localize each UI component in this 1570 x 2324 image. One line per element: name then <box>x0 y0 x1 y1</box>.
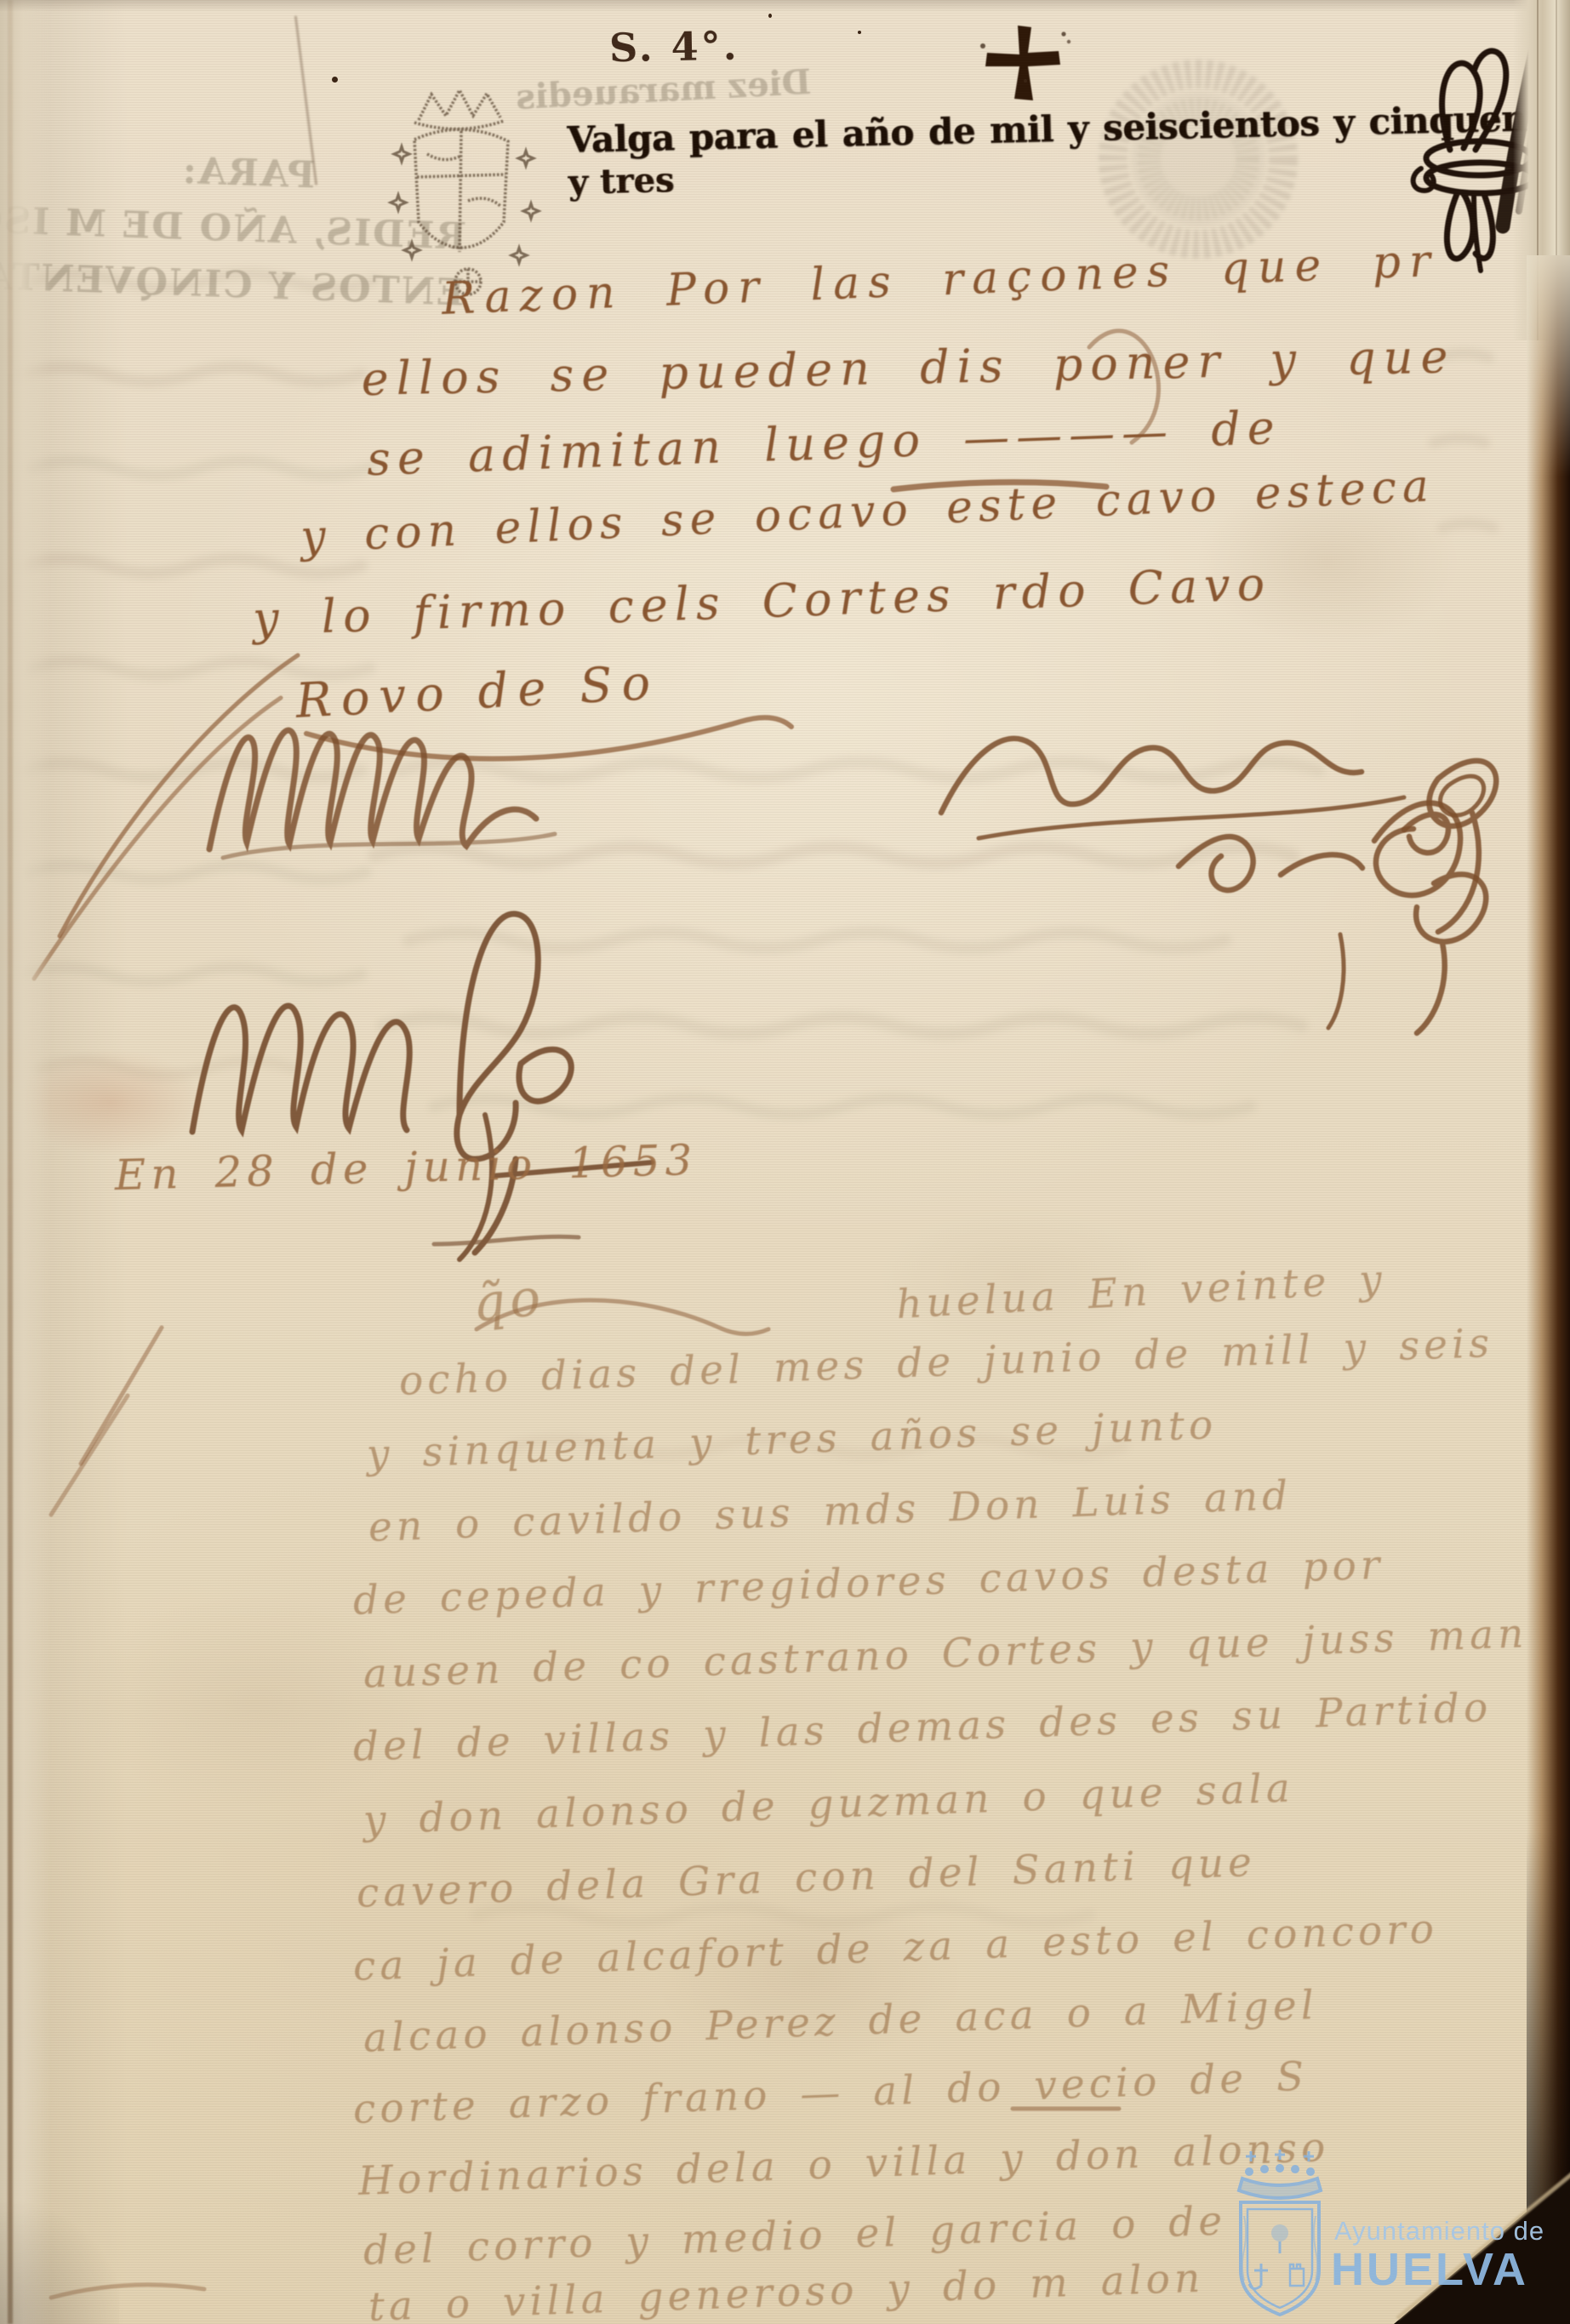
watermark-org-line: Ayuntamiento de <box>1334 2216 1544 2247</box>
signature-left-2 <box>179 859 655 1268</box>
ink-speck <box>637 177 640 180</box>
ink-speck <box>768 14 772 18</box>
book-edge-right-fade <box>1527 255 1570 477</box>
signature-left-1 <box>197 706 563 872</box>
page-corner-bottom-left <box>0 2196 119 2324</box>
ink-speck <box>858 31 861 34</box>
reversed-print-line: PARA: <box>93 140 316 203</box>
handwriting-line: ellos se pueden dis poner y que <box>361 329 1456 406</box>
handwriting-line: Hordinarios dela o villa y don alonso <box>357 2124 1330 2205</box>
page-edge-top <box>0 0 1570 12</box>
handwriting-line: en o cavildo sus mds Don Luis and <box>368 1472 1293 1551</box>
handwriting-line: alcao alonso Perez de aca o a Migel <box>363 1982 1319 2062</box>
handwriting-line: del de villas y las demas des es su Part… <box>352 1684 1493 1771</box>
signature-right-2 <box>1162 747 1519 1036</box>
folio-mark: S. 4°. <box>609 23 740 71</box>
handwriting-line: ca ja de alcafort de za a esto el concor… <box>352 1905 1439 1990</box>
ink-speck <box>332 77 338 83</box>
watermark-city-line: HUELVA <box>1331 2243 1528 2296</box>
heading-cross-icon <box>975 20 1073 114</box>
handwriting-line: Razon Por las raçones que pr <box>441 236 1440 325</box>
handwriting-line: huelua En veinte y <box>895 1256 1387 1328</box>
handwriting-line: y don alonso de guzman o que sala <box>363 1765 1295 1844</box>
ink-speck <box>1024 79 1027 83</box>
manuscript-scan: Diez marauedis PARA: REDIS, AÑO DE M ISC… <box>0 0 1570 2324</box>
lower-lead-mark: q̃o <box>470 1267 547 1333</box>
handwriting-line: ausen de co castrano Cortes y que juss m… <box>363 1610 1528 1698</box>
handwriting-line: cavero dela Gra con del Santi que <box>356 1839 1257 1917</box>
handwriting-line: y sinquenta y tres años se junto <box>366 1402 1218 1478</box>
handwriting-line: corte arzo frano — al do vecio de S <box>352 2053 1309 2133</box>
handwriting-line: de cepeda y rregidores cavos desta por <box>352 1542 1384 1625</box>
handwriting-line: y lo firmo cels Cortes rdo Cavo <box>252 557 1272 646</box>
page-fold-line <box>8 0 13 2324</box>
huelva-crest-icon <box>1232 2146 1327 2321</box>
handwriting-line: ocho dias del mes de junio de mill y sei… <box>398 1320 1494 1405</box>
